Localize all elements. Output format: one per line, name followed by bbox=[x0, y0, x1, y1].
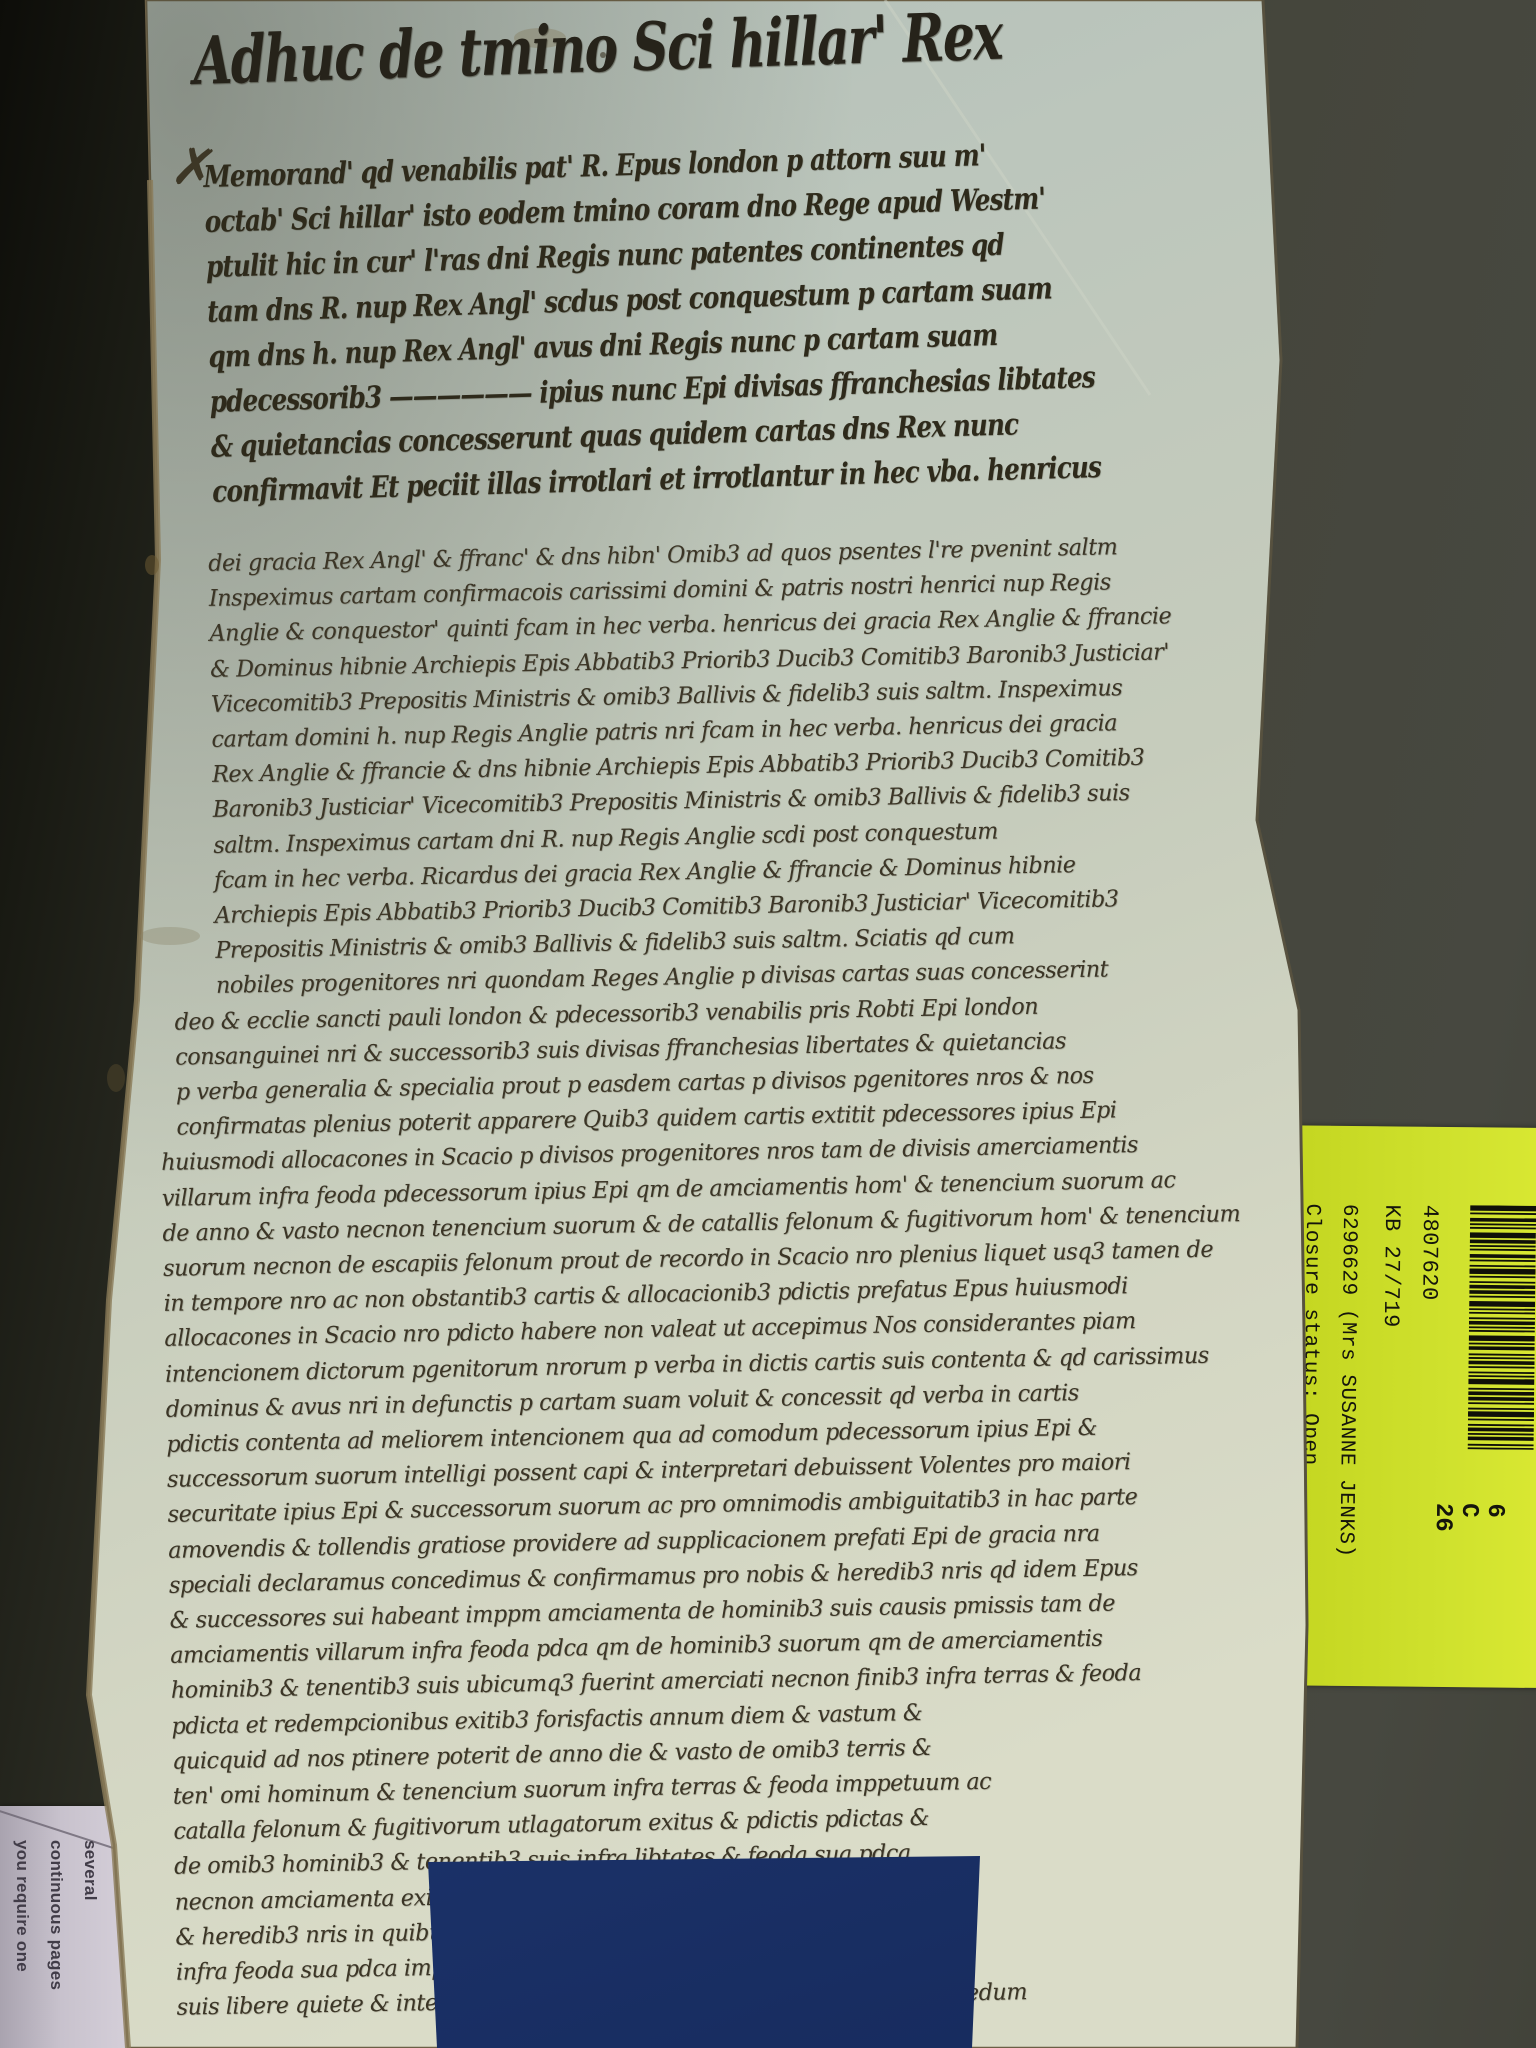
stain bbox=[107, 1064, 125, 1092]
marginal-smudge bbox=[140, 927, 200, 945]
photo-stage: 6C26 4807620 KB 27/719 6296629 (Mrs SUSA… bbox=[0, 0, 1536, 2048]
stain bbox=[145, 555, 159, 575]
